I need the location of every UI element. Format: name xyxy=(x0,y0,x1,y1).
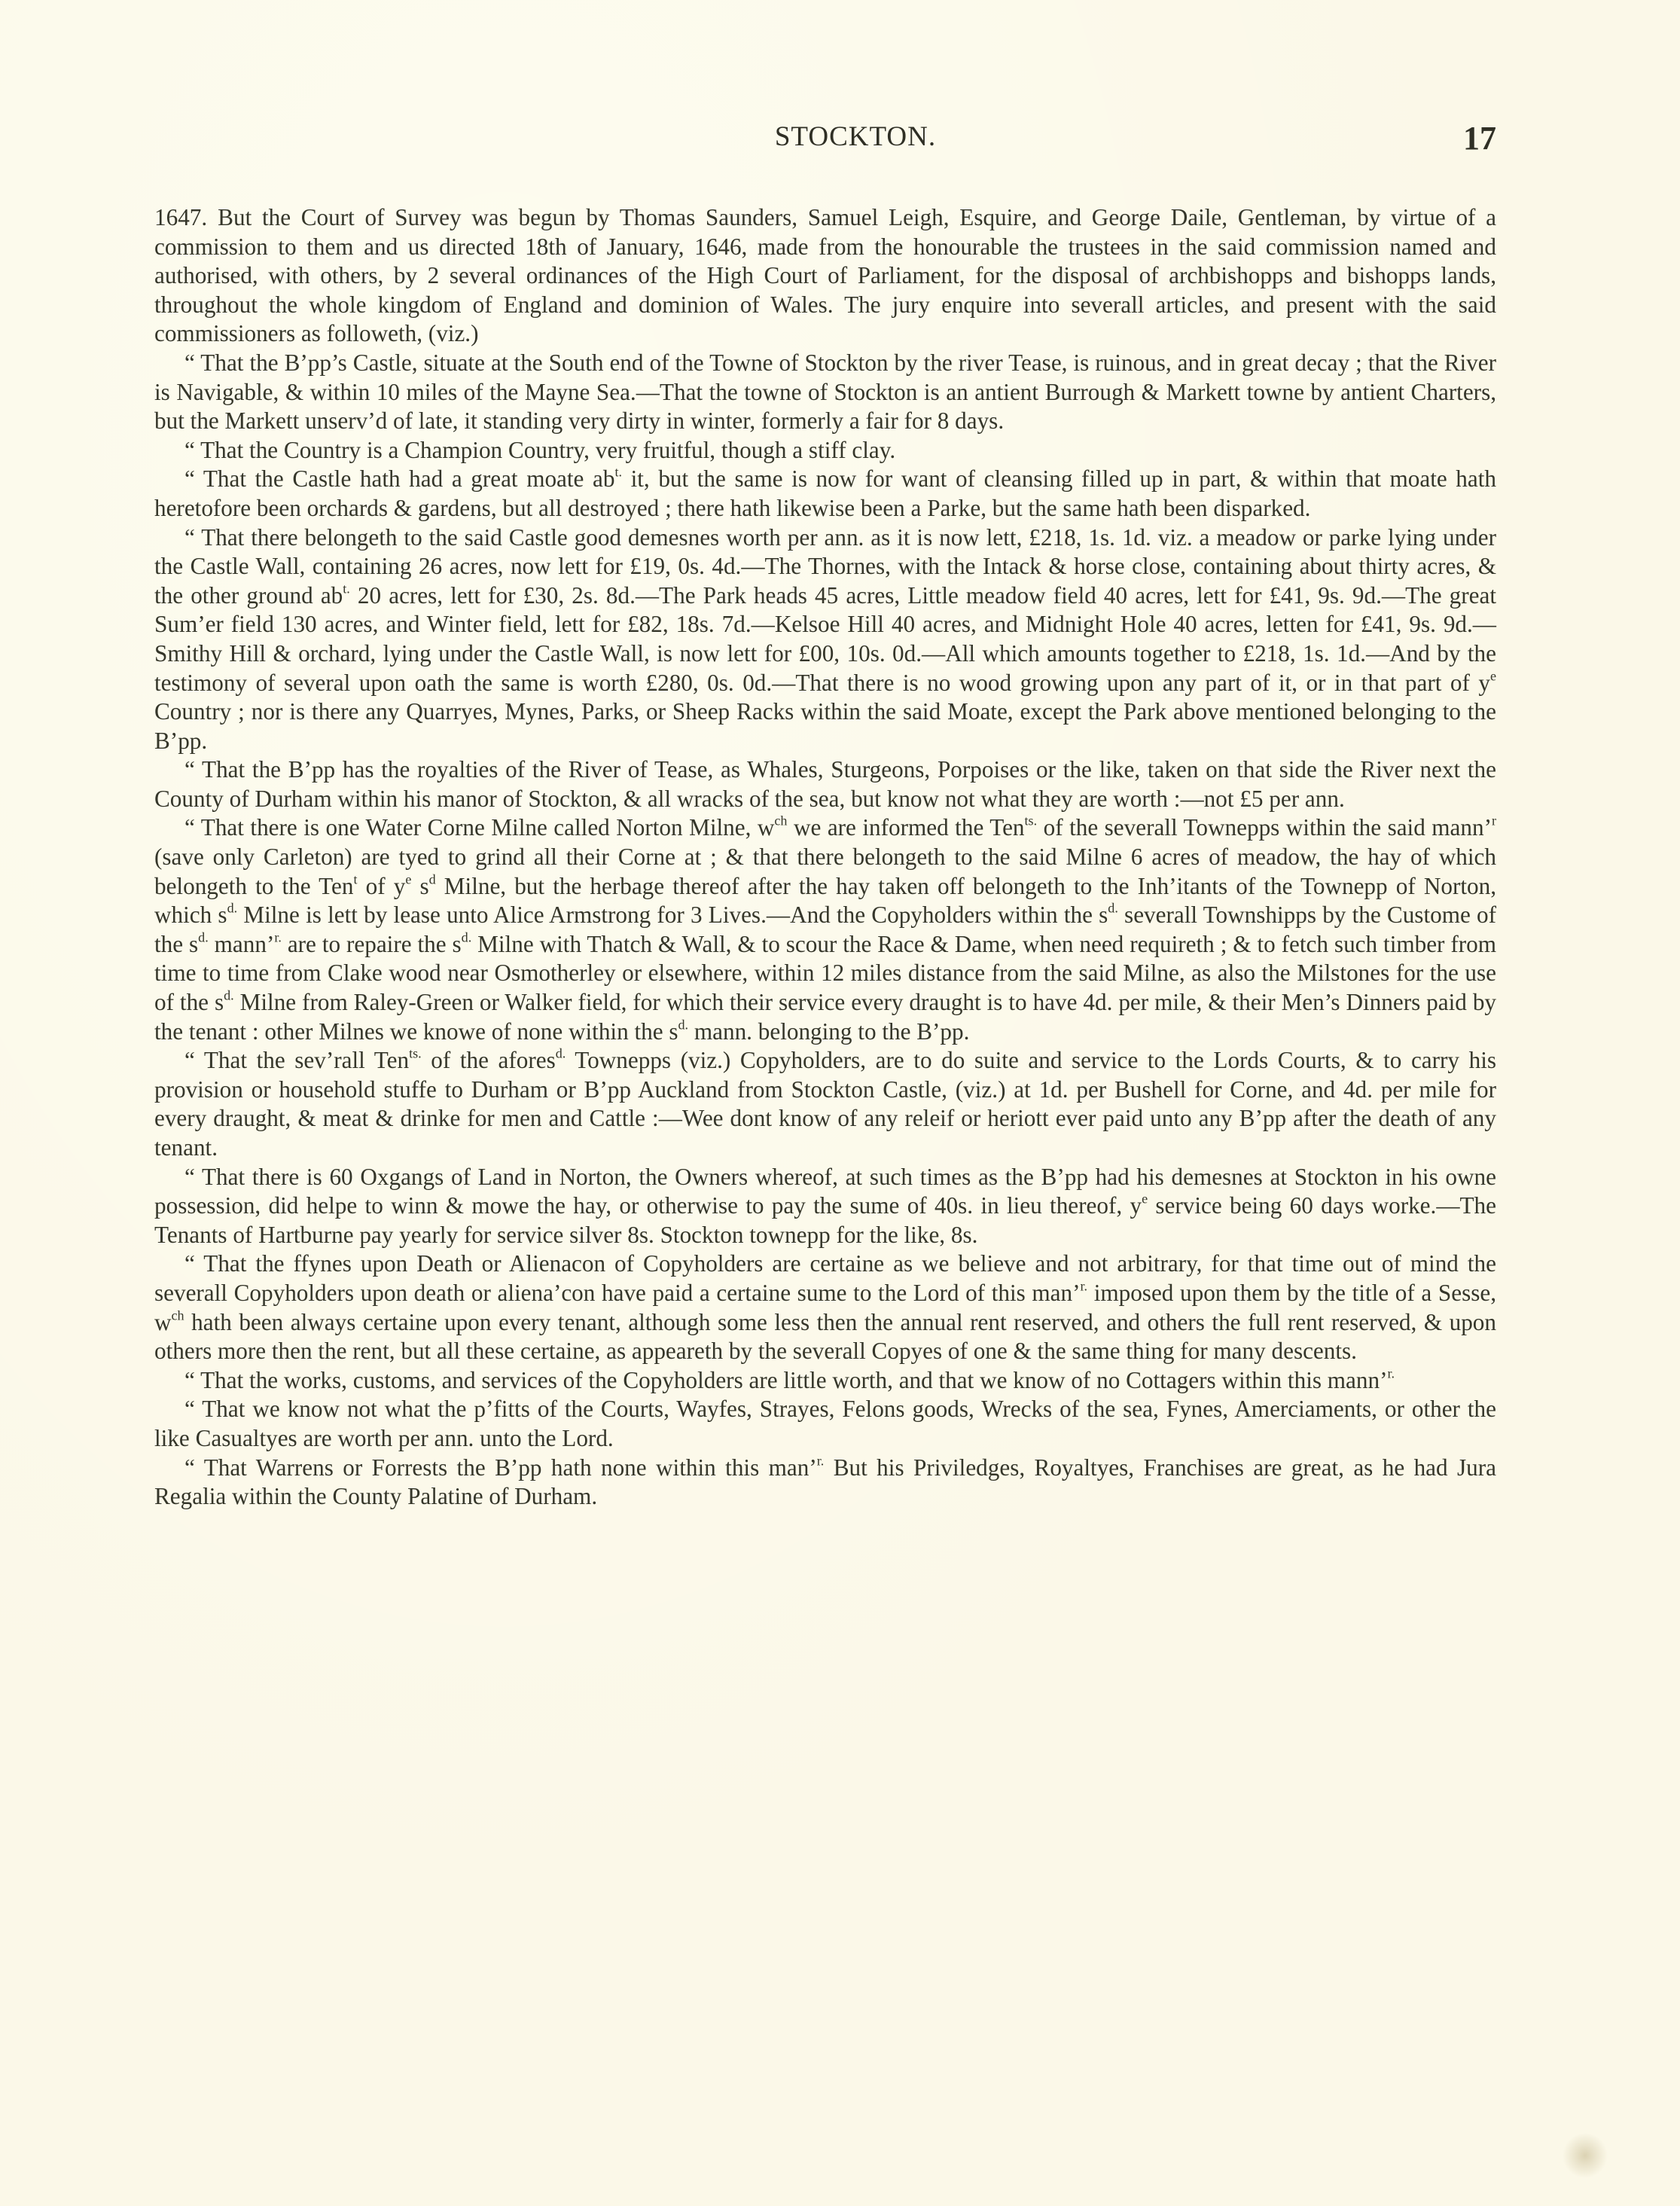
survey-article-paragraph: “ That we know not what the p’fitts of t… xyxy=(154,1395,1496,1453)
paragraph-text: s xyxy=(411,873,428,899)
page-number: 17 xyxy=(1463,119,1496,157)
superscript-abbreviation: d. xyxy=(462,929,472,944)
superscript-abbreviation: d. xyxy=(198,929,209,944)
superscript-abbreviation: r. xyxy=(1387,1365,1395,1381)
superscript-abbreviation: e xyxy=(1142,1191,1148,1207)
superscript-abbreviation: t. xyxy=(343,581,350,596)
running-head: STOCKTON. 17 xyxy=(154,121,1496,158)
survey-article-paragraph: “ That the Castle hath had a great moate… xyxy=(154,465,1496,523)
superscript-abbreviation: r xyxy=(1492,813,1496,828)
survey-article-paragraph: “ That the B’pp has the royalties of the… xyxy=(154,755,1496,813)
paragraph-text: “ That the works, customs, and services … xyxy=(184,1367,1387,1393)
superscript-abbreviation: r. xyxy=(817,1453,825,1468)
paragraph-text: of the severall Townepps within the said… xyxy=(1037,814,1492,841)
paragraph-text: mann. be­longing to the B’pp. xyxy=(688,1018,969,1045)
paragraph-text: Milne is lett by lease unto Alice Armstr… xyxy=(237,902,1108,928)
paragraph-text: “ That the sev’rall Ten xyxy=(184,1047,409,1073)
superscript-abbreviation: ch xyxy=(774,813,787,828)
survey-article-paragraph: “ That the Country is a Champion Country… xyxy=(154,436,1496,465)
paragraph-text: “ That the Castle hath had a great moate… xyxy=(184,465,614,492)
paragraph-text: mann’ xyxy=(209,931,275,957)
paragraph-text: of y xyxy=(358,873,406,899)
survey-article-paragraph: “ That Warrens or Forrests the B’pp hath… xyxy=(154,1454,1496,1512)
body-text: 1647.But the Court of Survey was begun b… xyxy=(154,203,1496,1512)
superscript-abbreviation: ch xyxy=(172,1307,184,1323)
paragraph-text: “ That the B’pp has the royalties of the… xyxy=(154,756,1496,812)
paragraph-text: But the Court of Survey was begun by Tho… xyxy=(154,204,1496,346)
survey-article-paragraph: “ That the works, customs, and services … xyxy=(154,1366,1496,1396)
running-title: STOCKTON. xyxy=(154,121,1496,153)
year-marker: 1647. xyxy=(154,204,207,230)
paragraph-text: “ That we know not what the p’fitts of t… xyxy=(154,1396,1496,1451)
superscript-abbreviation: d. xyxy=(678,1017,689,1032)
paragraph-text: “ That the B’pp’s Castle, situate at the… xyxy=(154,349,1496,434)
survey-article-paragraph: “ That the ffynes upon Death or Alienaco… xyxy=(154,1249,1496,1365)
superscript-abbreviation: d. xyxy=(224,987,234,1002)
paragraph-text: we are informed the Ten xyxy=(787,814,1024,841)
superscript-abbreviation: d. xyxy=(1108,901,1118,916)
superscript-abbreviation: d. xyxy=(556,1046,566,1061)
paragraph-text: of the afores xyxy=(422,1047,556,1073)
superscript-abbreviation: r. xyxy=(1081,1278,1088,1293)
superscript-abbreviation: ts. xyxy=(409,1046,422,1061)
superscript-abbreviation: e xyxy=(1490,668,1496,683)
paragraph-text: “ That Warrens or Forrests the B’pp hath… xyxy=(184,1454,817,1481)
paragraph-text: 20 acres, lett for £30, 2s. 8d.—The Park… xyxy=(154,582,1496,696)
superscript-abbreviation: r. xyxy=(274,929,282,944)
survey-article-paragraph: “ That the B’pp’s Castle, situate at the… xyxy=(154,349,1496,436)
survey-article-paragraph: “ That there belongeth to the said Castl… xyxy=(154,523,1496,756)
opening-paragraph: 1647.But the Court of Survey was begun b… xyxy=(154,203,1496,349)
book-page: STOCKTON. 17 1647.But the Court of Surve… xyxy=(0,0,1680,2206)
survey-article-paragraph: “ That the sev’rall Tents. of the afores… xyxy=(154,1046,1496,1162)
paragraph-text: “ That there is one Water Corne Milne ca… xyxy=(184,814,774,841)
survey-article-paragraph: “ That there is one Water Corne Milne ca… xyxy=(154,813,1496,1046)
paragraph-text: hath been always certaine upon every ten… xyxy=(154,1309,1496,1365)
paragraph-text: Country ; nor is there any Quarryes, Myn… xyxy=(154,698,1496,754)
paragraph-text: “ That the Country is a Champion Country… xyxy=(184,437,895,463)
superscript-abbreviation: d. xyxy=(227,901,238,916)
superscript-abbreviation: ts. xyxy=(1025,813,1038,828)
superscript-abbreviation: d xyxy=(429,871,436,886)
paragraph-text: are to repaire the s xyxy=(282,931,462,957)
survey-article-paragraph: “ That there is 60 Oxgangs of Land in No… xyxy=(154,1163,1496,1250)
superscript-abbreviation: t. xyxy=(614,465,622,480)
